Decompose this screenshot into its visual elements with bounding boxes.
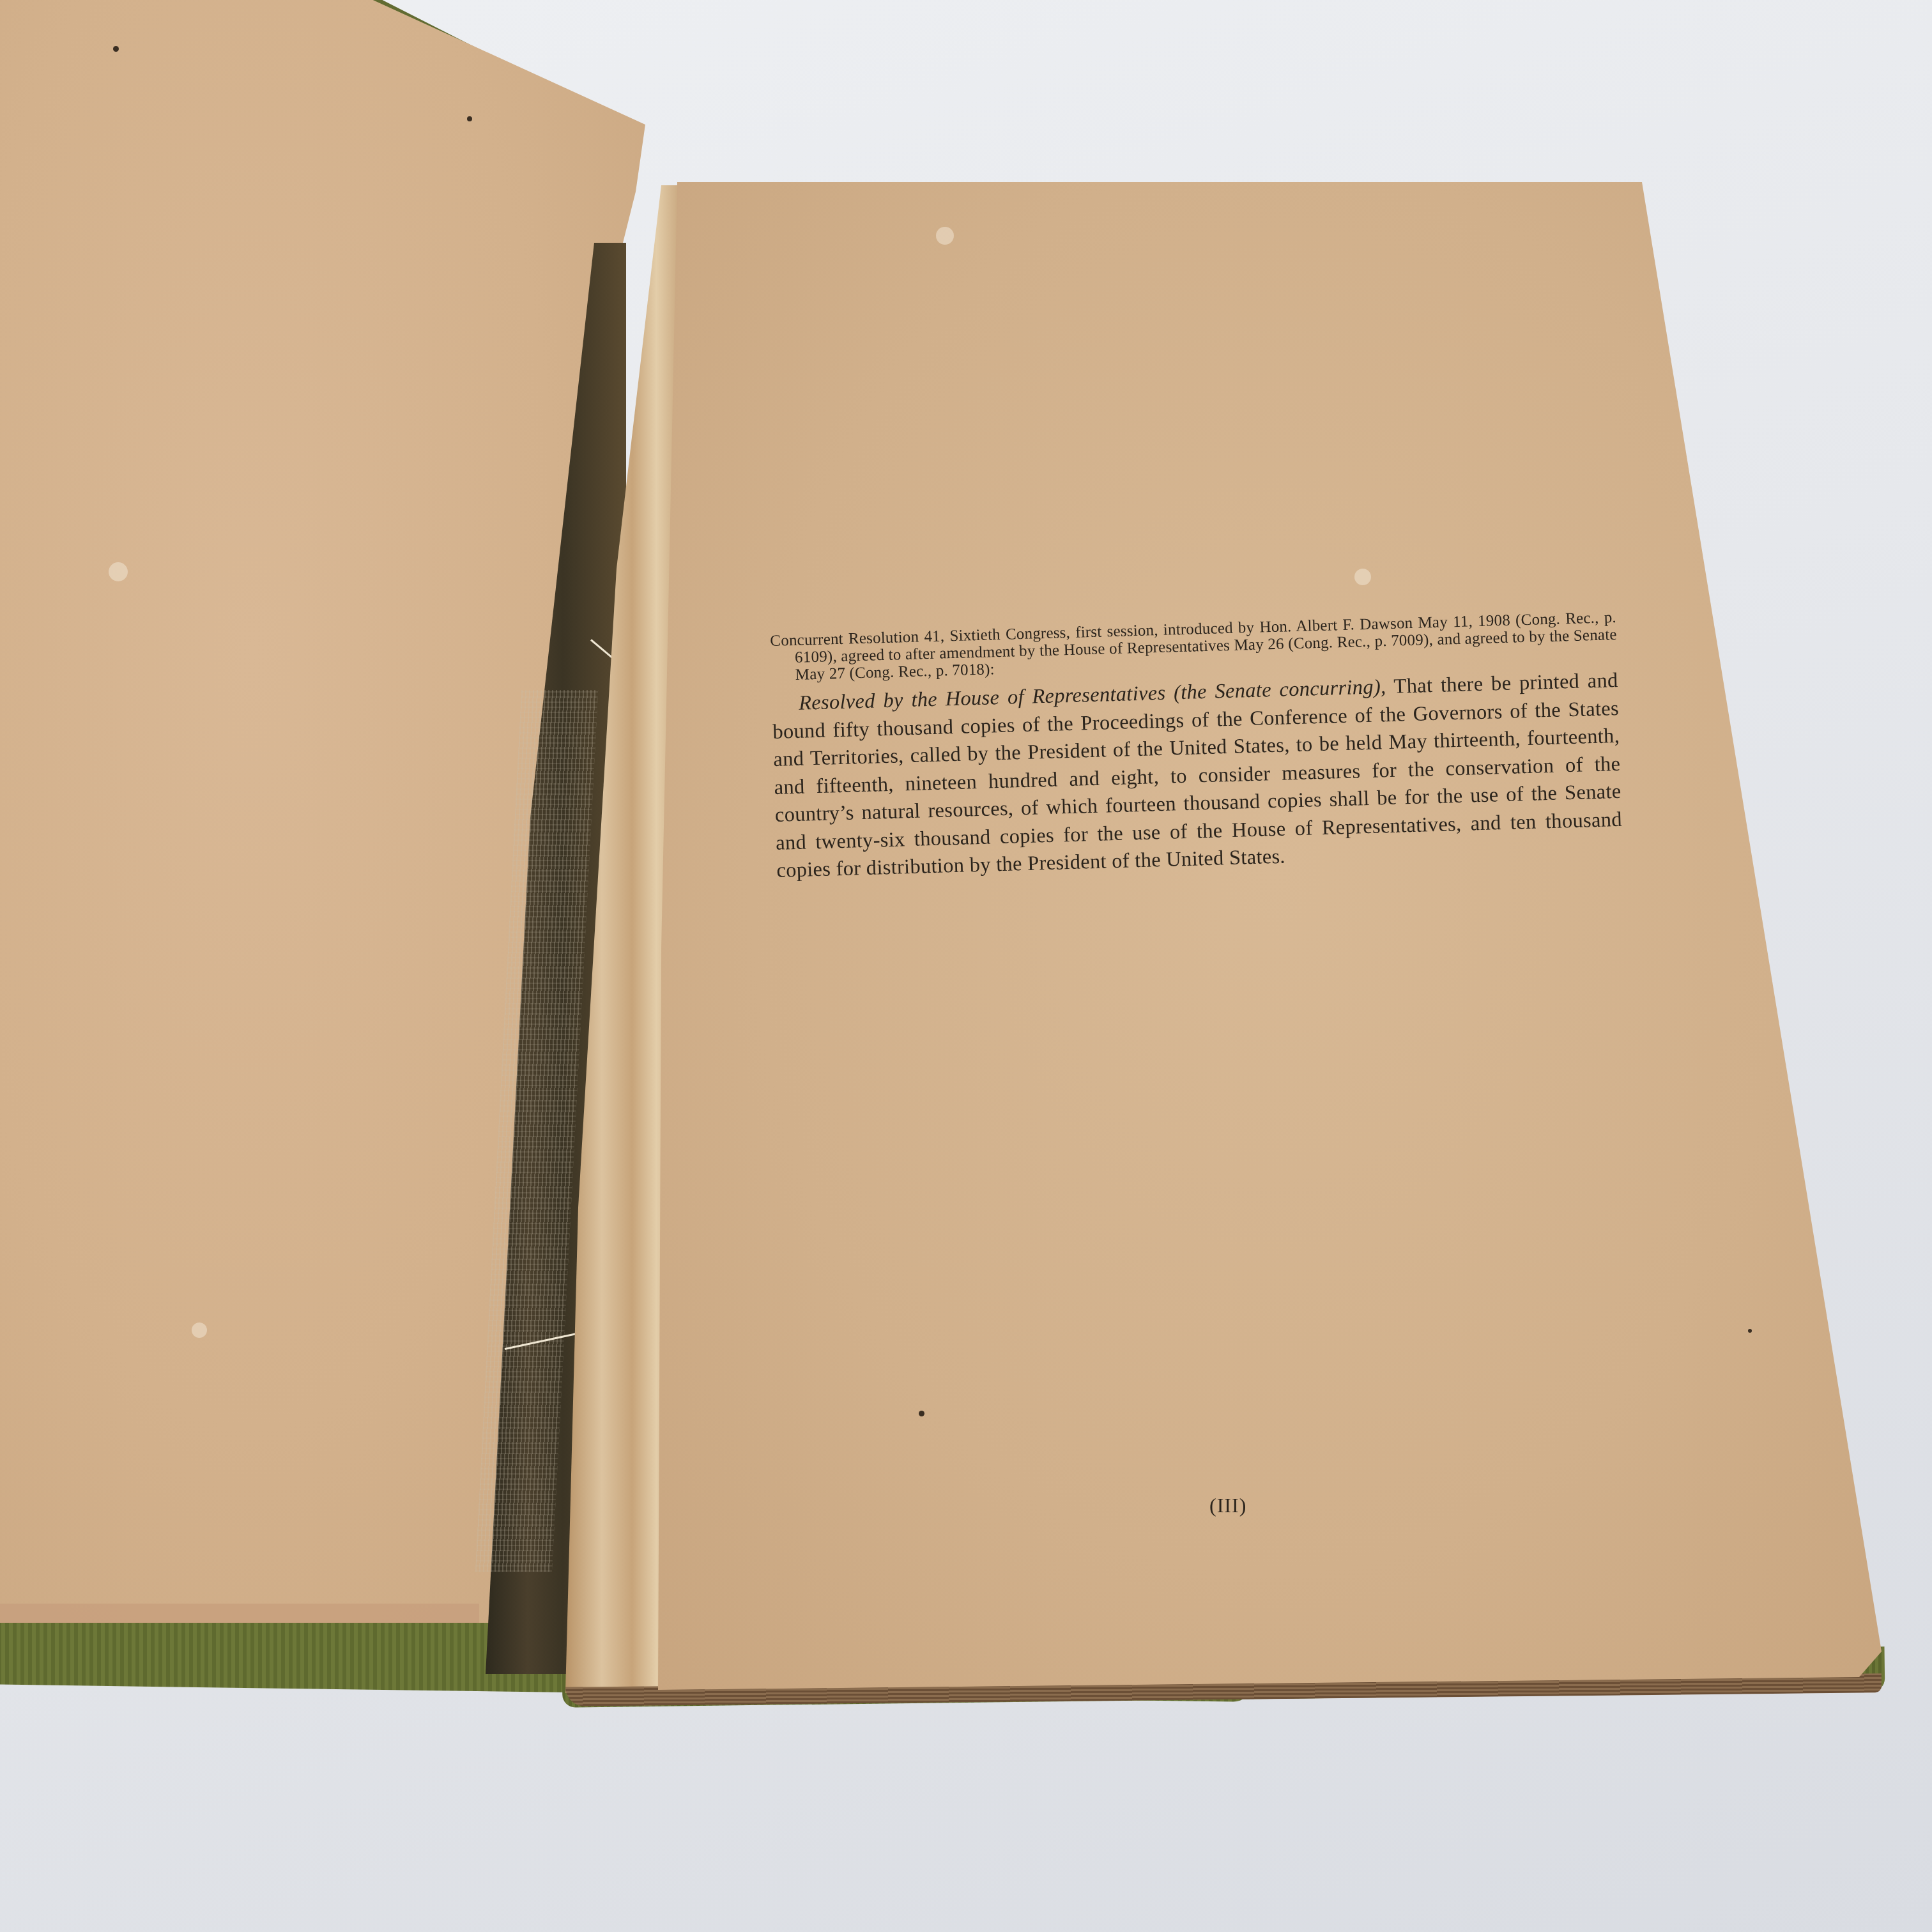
paper-speck [1748,1329,1752,1333]
right-page [658,182,1885,1699]
paper-spot [192,1322,207,1338]
paper-speck [919,1411,924,1416]
paper-spot [936,227,954,245]
paper-spot [109,562,128,581]
resolution-body: Resolved by the House of Representatives… [772,667,1623,885]
paper-speck [113,46,119,52]
book-photo: Concurrent Resolution 41, Sixtieth Congr… [0,0,1932,1932]
resolution-text-block: Concurrent Resolution 41, Sixtieth Congr… [770,609,1623,885]
paper-speck [467,116,472,121]
left-page-bottom-edge [0,1604,479,1623]
page-number: (III) [1209,1494,1246,1517]
paper-spot [1354,569,1371,585]
